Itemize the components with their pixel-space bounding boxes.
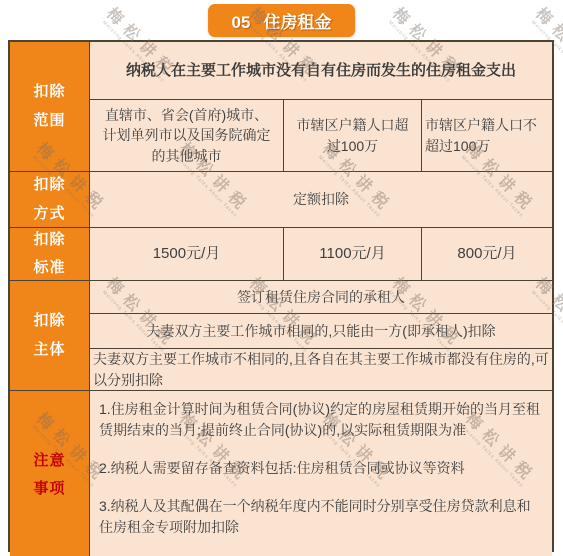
notes-cell: 1.住房租金计算时间为租赁合同(协议)约定的房屋租赁期开始的当月至租赁期结束的当… (90, 391, 552, 556)
standard-cell-1500: 1500元/月 (90, 228, 284, 281)
note-item-3: 3.纳税人及其配偶在一个纳税年度内不能同时分别享受住房贷款利息和住房租金专项附加… (99, 496, 543, 538)
note-item-2: 2.纳税人需要留存备查资料包括:住房租赁合同或协议等资料 (99, 458, 543, 479)
row-header-deduction-scope: 扣除范围 (10, 42, 90, 172)
section-title: 住房租金 (263, 13, 331, 32)
row-header-label: 扣除主体 (32, 307, 68, 364)
subject-cell-different-city: 夫妻双方主要工作城市不相同的,且各自在其主要工作城市都没有住房的,可以分别扣除 (90, 349, 552, 391)
row-header-label: 扣除范围 (32, 78, 68, 135)
method-value-cell: 定额扣除 (90, 172, 552, 228)
subject-cell-same-city: 夫妻双方主要工作城市相同的,只能由一方(即承租人)扣除 (90, 314, 552, 349)
note-item-1: 1.住房租金计算时间为租赁合同(协议)约定的房屋租赁期开始的当月至租赁期结束的当… (99, 399, 543, 441)
scope-cell-population-under-1m: 市辖区户籍人口不超过100万 (422, 100, 552, 172)
row-header-label: 注意事项 (32, 447, 68, 504)
standard-cell-1100: 1100元/月 (284, 228, 422, 281)
row-header-deduction-subject: 扣除主体 (10, 281, 90, 391)
scope-cell-major-cities: 直辖市、省会(首府)城市、计划单列市以及国务院确定的其他城市 (90, 100, 284, 172)
scope-cell-population-over-1m: 市辖区户籍人口超过100万 (284, 100, 422, 172)
row-header-deduction-method: 扣除方式 (10, 172, 90, 228)
housing-rent-table: 扣除范围 纳税人在主要工作城市没有自有住房而发生的住房租金支出 直辖市、省会(首… (8, 40, 554, 552)
section-title-badge: 05住房租金 (208, 4, 356, 37)
standard-cell-800: 800元/月 (422, 228, 552, 281)
section-number: 05 (232, 13, 251, 32)
row-header-notes: 注意事项 (10, 391, 90, 556)
row-header-deduction-standard: 扣除标准 (10, 228, 90, 281)
row-header-label: 扣除标准 (32, 226, 68, 283)
table-header-cell: 纳税人在主要工作城市没有自有住房而发生的住房租金支出 (90, 42, 552, 100)
subject-cell-lessee: 签订租赁住房合同的承租人 (90, 281, 552, 314)
row-header-label: 扣除方式 (32, 171, 68, 228)
